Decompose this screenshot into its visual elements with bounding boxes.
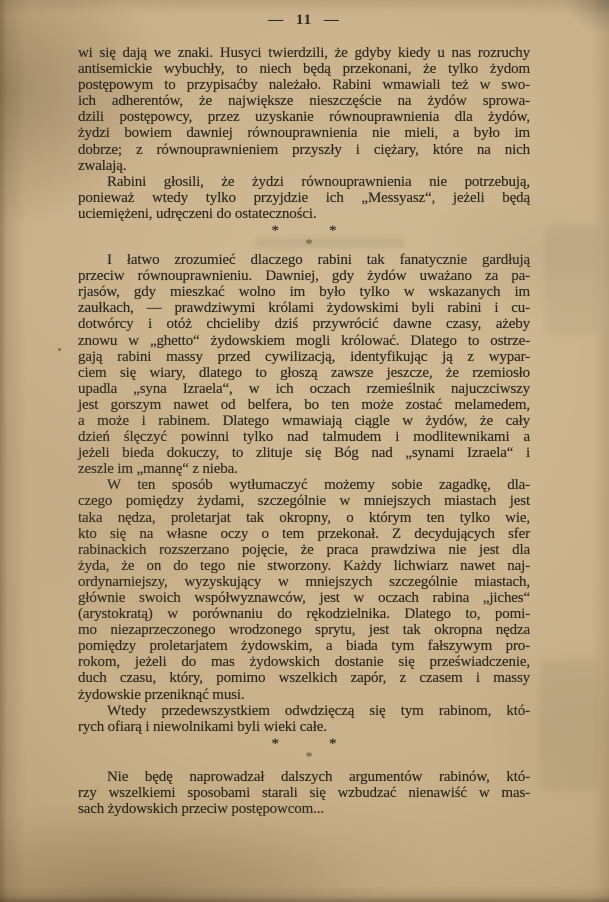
text-line: dotwórcy i otóż chcieliby dziś przywróci… — [78, 316, 530, 332]
text-line: Nie będę naprowadzał dalszych argumentów… — [78, 769, 530, 785]
paragraph: wi się dają we znaki. Husyci twierdzili,… — [78, 45, 530, 174]
paragraph: I łatwo zrozumieć dlaczego rabini tak fa… — [78, 252, 530, 477]
text-line: dzili postępowcy, przez uzyskanie równou… — [78, 109, 530, 125]
text-line: wi się dają we znaki. Husyci twierdzili,… — [78, 45, 530, 61]
show-through-mark — [540, 660, 598, 790]
separator-star-row: ** — [78, 222, 530, 239]
text-line: żyda, że on do tego nie stworzony. Każdy… — [78, 558, 530, 574]
text-line: dzień ślęczyć powinni tylko nad talmudem… — [78, 429, 530, 445]
text-line: sach żydowskich przeciw postępowcom... — [78, 801, 530, 817]
text-line: żydzi bowiem dawniej równouprawnienia ni… — [78, 125, 530, 141]
text-line: ich adherentów, że największe nieszczęśc… — [78, 93, 530, 109]
text-line: ponieważ wtedy tylko przyjdzie ich „Mess… — [78, 190, 530, 206]
text-line: taka nędza, proletarjat tak okropny, o k… — [78, 510, 530, 526]
text-line: znowu w „ghetto“ żydowskiem mogli królow… — [78, 333, 530, 349]
text-line: jeżeli bieda dokuczy, to zlituje się Bóg… — [78, 445, 530, 461]
text-line: I łatwo zrozumieć dlaczego rabini tak fa… — [78, 252, 530, 268]
text-line: zeszle im „mannę“ z nieba. — [78, 461, 530, 477]
text-line: mo niezaprzeczonego wrodzonego sprytu, j… — [78, 622, 530, 638]
separator-star-row: ** — [78, 735, 530, 752]
page-number-header: — 11 — — [78, 10, 530, 30]
text-line: gają rabini massy przed cywilizacją, ide… — [78, 349, 530, 365]
text-line: dobrze; z równouprawnieniem przyszły i c… — [78, 142, 530, 158]
asterisk-glyph: * — [83, 752, 535, 765]
section-separator: *** — [78, 735, 530, 769]
text-line: (arystokratą) w porównaniu do rękodzieln… — [78, 606, 530, 622]
show-through-mark — [545, 225, 597, 335]
text-line: głównie swoich współwyznawców, jest w oc… — [78, 590, 530, 606]
asterisk-glyph: * — [83, 239, 535, 252]
ink-speck — [58, 348, 61, 351]
text-line: Rabini głosili, że żydzi równouprawnieni… — [78, 174, 530, 190]
text-line: a może i rabinem. Dlatego wmawiają ciągl… — [78, 413, 530, 429]
text-line: rzy wszelkiemi sposobami starali się wzb… — [78, 785, 530, 801]
paragraph: Rabini głosili, że żydzi równouprawnieni… — [78, 174, 530, 222]
text-line: rjasów, gdy mieszkać wolno im było tylko… — [78, 284, 530, 300]
section-separator: *** — [78, 222, 530, 252]
paragraph: Nie będę naprowadzał dalszych argumentów… — [78, 769, 530, 817]
text-line: duch czasu, który, pomimo wszelkich zapó… — [78, 670, 530, 686]
asterisk-glyph: * — [272, 225, 280, 239]
text-line: jest gorszym nawet od belfera, bo ten mo… — [78, 397, 530, 413]
text-line: zwalają. — [78, 158, 530, 174]
book-page-scan: — 11 — wi się dają we znaki. Husyci twie… — [0, 0, 609, 902]
asterisk-glyph: * — [329, 225, 337, 239]
text-line: czego pomiędzy żydami, szczególnie w mni… — [78, 493, 530, 509]
text-line: postępowym to przypisaćby należało. Rabi… — [78, 77, 530, 93]
text-line: uciemiężeni, udręczeni do ostateczności. — [78, 206, 530, 222]
text-line: kto się na własne oczy o tem przekonał. … — [78, 526, 530, 542]
text-line: pomiędzy proletarjatem żydowskim, a biad… — [78, 638, 530, 654]
asterisk-glyph: * — [272, 738, 280, 752]
text-line: rych ofiarą i niewolnikami byli wieki ca… — [78, 719, 530, 735]
text-line: ordynarniejszy, wyzyskujący w mniejszych… — [78, 574, 530, 590]
text-line: zaułkach, — prawdziwymi królami żydowski… — [78, 300, 530, 316]
text-line: rokom, jeżeli do mas żydowskich dostanie… — [78, 654, 530, 670]
paragraph: Wtedy przedewszystkiem odwdzięczą się ty… — [78, 703, 530, 735]
text-line: ciem się wiary, dlatego to głoszą zawsze… — [78, 365, 530, 381]
page-body: wi się dają we znaki. Husyci twierdzili,… — [78, 45, 530, 817]
text-line: antisemickie wybuchły, to niech będą prz… — [78, 61, 530, 77]
text-line: przeciw równouprawnieniu. Dawniej, gdy ż… — [78, 268, 530, 284]
paragraph: W ten sposób wytłumaczyć możemy sobie za… — [78, 477, 530, 702]
text-line: W ten sposób wytłumaczyć możemy sobie za… — [78, 477, 530, 493]
text-line: rabinackich rozszerzano pojęcie, że prac… — [78, 542, 530, 558]
asterisk-glyph: * — [329, 738, 337, 752]
text-line: Wtedy przedewszystkiem odwdzięczą się ty… — [78, 703, 530, 719]
text-line: upadla „syna Izraela“, w ich oczach rzem… — [78, 381, 530, 397]
text-line: żydowskie przeniknąć musi. — [78, 687, 530, 703]
